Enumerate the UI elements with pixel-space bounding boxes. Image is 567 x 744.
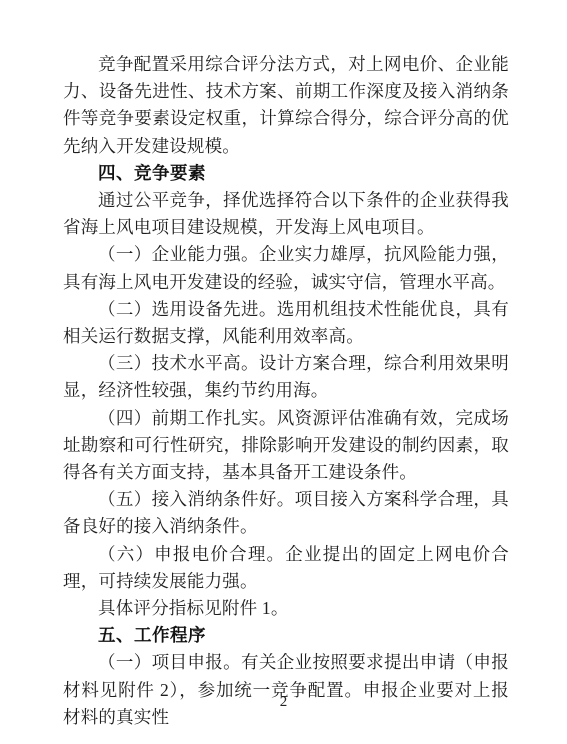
paragraph: （一）企业能力强。企业实力雄厚，抗风险能力强，具有海上风电开发建设的经验，诚实守… — [63, 241, 509, 295]
document-body: 竞争配置采用综合评分法方式，对上网电价、企业能力、设备先进性、技术方案、前期工作… — [63, 51, 509, 731]
paragraph: （五）接入消纳条件好。项目接入方案科学合理，具备良好的接入消纳条件。 — [63, 486, 509, 540]
paragraph: 具体评分指标见附件 1。 — [63, 595, 509, 622]
paragraph: （六）申报电价合理。企业提出的固定上网电价合理，可持续发展能力强。 — [63, 541, 509, 595]
paragraph: （三）技术水平高。设计方案合理，综合利用效果明显，经济性较强，集约节约用海。 — [63, 350, 509, 404]
section-heading: 四、竞争要素 — [63, 160, 509, 187]
section-heading: 五、工作程序 — [63, 622, 509, 649]
document-page: 竞争配置采用综合评分法方式，对上网电价、企业能力、设备先进性、技术方案、前期工作… — [0, 0, 567, 744]
paragraph: （一）项目申报。有关企业按照要求提出申请（申报材料见附件 2），参加统一竞争配置… — [63, 649, 509, 731]
paragraph: （二）选用设备先进。选用机组技术性能优良，具有相关运行数据支撑，风能利用效率高。 — [63, 296, 509, 350]
page-number: 2 — [0, 694, 567, 711]
paragraph: 通过公平竞争，择优选择符合以下条件的企业获得我省海上风电项目建设规模，开发海上风… — [63, 187, 509, 241]
paragraph: 竞争配置采用综合评分法方式，对上网电价、企业能力、设备先进性、技术方案、前期工作… — [63, 51, 509, 160]
paragraph: （四）前期工作扎实。风资源评估准确有效，完成场址勘察和可行性研究，排除影响开发建… — [63, 405, 509, 487]
